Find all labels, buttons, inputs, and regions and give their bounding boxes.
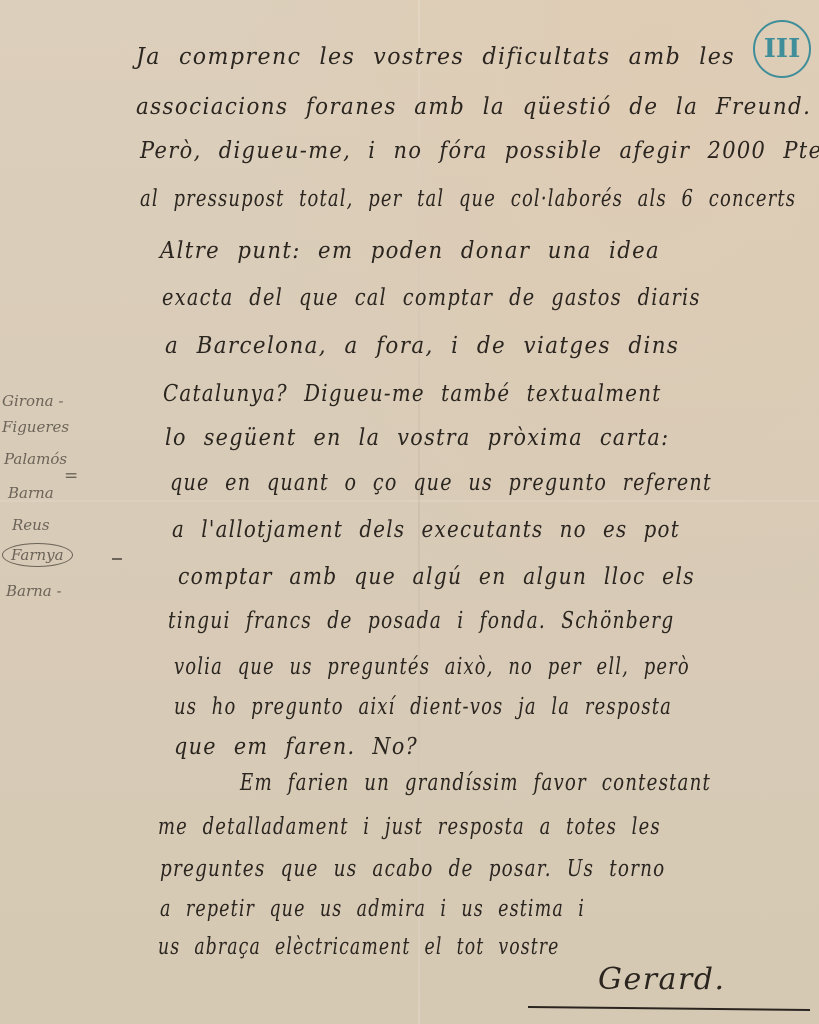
letter-line-10: que en quant o ço que us pregunto refere… bbox=[170, 470, 712, 496]
margin-note-circled: Farnya bbox=[2, 543, 73, 567]
paper-fold-horizontal bbox=[0, 500, 819, 502]
letter-line-4: al pressupost total, per tal que col·lab… bbox=[140, 186, 796, 212]
letter-line-7: a Barcelona, a fora, i de viatges dins bbox=[165, 333, 679, 359]
letter-line-2: associacions foranes amb la qüestió de l… bbox=[136, 94, 811, 120]
letter-line-5: Altre punt: em poden donar una idea bbox=[160, 238, 660, 264]
letter-line-9: lo següent en la vostra pròxima carta: bbox=[165, 425, 669, 451]
letter-line-8: Catalunya? Digueu-me també textualment bbox=[163, 381, 662, 407]
letter-line-11: a l'allotjament dels executants no es po… bbox=[172, 517, 680, 543]
letter-line-17: Em farien un grandíssim favor contestant bbox=[240, 770, 711, 796]
margin-note-reus: Reus bbox=[12, 516, 50, 534]
letter-line-20: a repetir que us admira i us estima i bbox=[160, 896, 585, 922]
margin-note-palamos: Palamós bbox=[4, 450, 67, 468]
letter-line-18: me detalladament i just resposta a totes… bbox=[158, 814, 661, 840]
letter-line-12: comptar amb que algú en algun lloc els bbox=[178, 564, 695, 590]
letter-line-6: exacta del que cal comptar de gastos dia… bbox=[162, 285, 701, 311]
letter-line-13: tingui francs de posada i fonda. Schönbe… bbox=[168, 608, 674, 634]
margin-note-barna: Barna bbox=[8, 484, 54, 502]
letter-line-21: us abraça elèctricament el tot vostre bbox=[158, 934, 559, 960]
page-number-stamp: III bbox=[753, 20, 811, 78]
margin-note-girona: Girona - bbox=[2, 392, 63, 410]
signature: Gerard. bbox=[598, 962, 726, 997]
letter-line-1: Ja comprenc les vostres dificultats amb … bbox=[136, 44, 735, 70]
letter-line-19: preguntes que us acabo de posar. Us torn… bbox=[160, 856, 665, 882]
letter-line-16: que em faren. No? bbox=[174, 734, 418, 760]
page-number: III bbox=[764, 34, 801, 64]
margin-note-barna-2: Barna - bbox=[6, 582, 62, 600]
letter-line-15: us ho pregunto així dient-vos ja la resp… bbox=[174, 694, 672, 720]
margin-dash-mark bbox=[112, 558, 122, 560]
margin-note-figueres: Figueres bbox=[2, 418, 69, 436]
letter-line-3: Però, digueu-me, i no fóra possible afeg… bbox=[140, 138, 819, 164]
margin-equals-mark: = bbox=[64, 466, 78, 486]
letter-line-14: volia que us preguntés això, no per ell,… bbox=[174, 654, 690, 680]
